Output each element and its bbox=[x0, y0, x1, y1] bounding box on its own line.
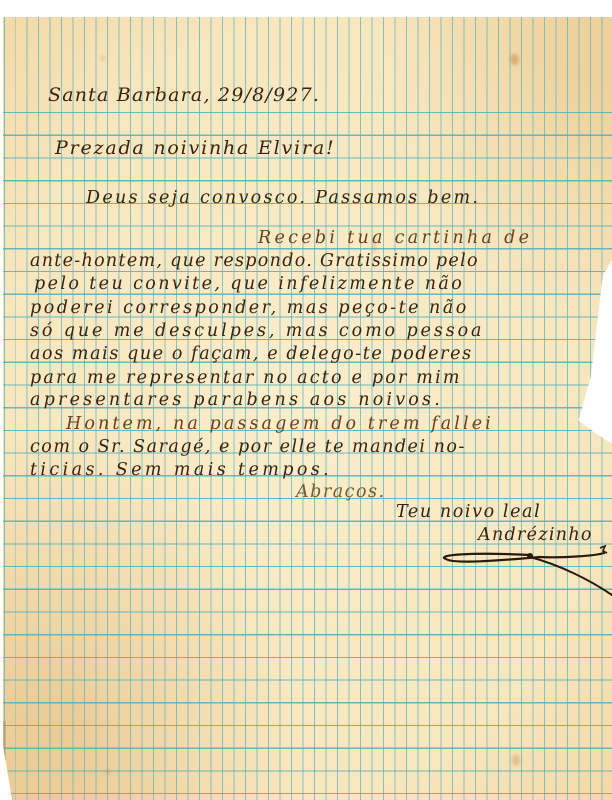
closing-phrase: Teu noivo leal bbox=[396, 504, 541, 522]
body-line: ticias. Sem mais tempos. bbox=[30, 462, 332, 480]
valediction: Abraços. bbox=[296, 484, 386, 502]
ink-stain bbox=[510, 54, 519, 65]
letter-scan: Santa Barbara, 29/8/927. Prezada noivinh… bbox=[0, 0, 612, 800]
signature: Andrézinho bbox=[478, 527, 593, 545]
salutation: Prezada noivinha Elvira! bbox=[55, 139, 335, 158]
ink-stain bbox=[105, 769, 110, 775]
body-line: Recebi tua cartinha de bbox=[258, 230, 532, 248]
body-line: para me representar no acto e por mim bbox=[30, 370, 462, 388]
body-line: poderei corresponder, mas peço-te não bbox=[30, 300, 469, 318]
body-line: com o Sr. Saragé, e por elle te mandei n… bbox=[30, 439, 466, 457]
body-line: Deus seja convosco. Passamos bem. bbox=[86, 190, 480, 208]
body-line: aos mais que o façam, e delego-te podere… bbox=[30, 346, 473, 364]
place-date: Santa Barbara, 29/8/927. bbox=[48, 86, 320, 105]
body-line: pelo teu convite, que infelizmente não bbox=[34, 276, 464, 294]
body-line: apresentares parabens aos noivos. bbox=[30, 392, 443, 410]
paper-fold-crease bbox=[3, 721, 6, 800]
body-line: só que me desculpes, mas como pessoa bbox=[30, 323, 484, 341]
ink-stain bbox=[100, 55, 105, 61]
ink-stain bbox=[512, 754, 520, 766]
body-line: ante-hontem, que respondo. Gratissimo pe… bbox=[30, 253, 479, 271]
body-line: Hontem, na passagem do trem fallei bbox=[66, 416, 494, 434]
